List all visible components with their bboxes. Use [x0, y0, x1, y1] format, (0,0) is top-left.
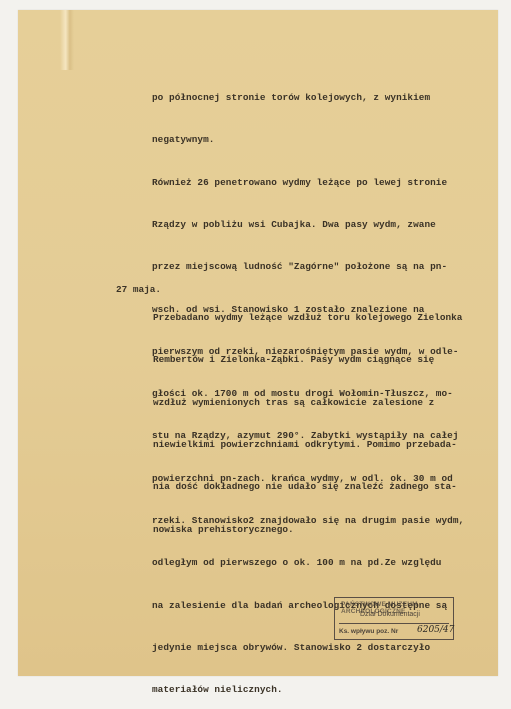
paper-crease [60, 10, 74, 70]
text-line: nia dość dokładnego nie udało się znaleź… [153, 480, 462, 494]
text-line: jedynie miejsca obrywów. Stanowisko 2 do… [152, 641, 502, 655]
archive-stamp: PAŃSTWOWE MUZEUM ARCHEOLOGICZNE Dział Do… [334, 597, 454, 640]
stamp-label: Ks. wpływu poz. Nr [339, 628, 398, 635]
text-line: negatywnym. [152, 133, 502, 147]
stamp-number: 6205/47 [417, 625, 454, 635]
text-line: przez miejscową ludność "Zagórne" położo… [152, 260, 502, 274]
text-line: Przebadano wydmy leżące wzdłuż toru kole… [153, 311, 462, 325]
text-line: Również 26 penetrowano wydmy leżące po l… [152, 176, 502, 190]
text-line: nowiska prehistorycznego. [153, 523, 462, 537]
stamp-department: Dział Dokumentacji [360, 611, 420, 618]
dated-entry: 27 maja. Przebadano wydmy leżące wzdłuż … [116, 283, 127, 325]
stamp-divider [339, 623, 449, 624]
text-line: niewielkimi powierzchniami odkrytymi. Po… [153, 438, 462, 452]
text-line: wzdłuż wymienionych tras są całkowicie z… [153, 396, 462, 410]
text-line: Rządzy w pobliżu wsi Cubajka. Dwa pasy w… [152, 218, 502, 232]
text-line: Rembertów i Zielonka-Ząbki. Pasy wydm ci… [153, 353, 462, 367]
text-line: po północnej stronie torów kolejowych, z… [152, 91, 502, 105]
entry-body: Przebadano wydmy leżące wzdłuż toru kole… [153, 283, 462, 565]
text-line: materiałów nielicznych. [152, 683, 502, 697]
